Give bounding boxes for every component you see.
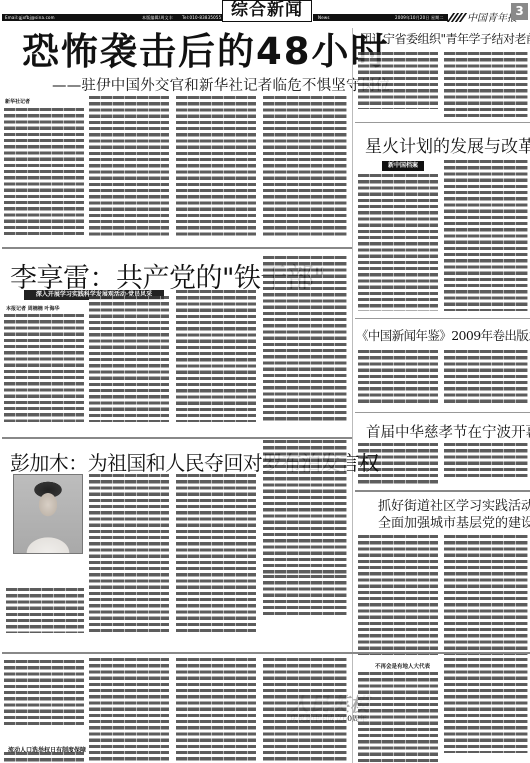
rule bbox=[355, 490, 530, 492]
xinghuo-text-col-1 bbox=[358, 174, 438, 311]
rule bbox=[2, 437, 352, 439]
rule bbox=[2, 247, 352, 249]
section-english: News bbox=[318, 14, 330, 21]
lead-text-col-4 bbox=[263, 96, 347, 236]
yearbook-text-col-1 bbox=[358, 350, 438, 405]
li-text-col-3 bbox=[176, 290, 256, 422]
lead-text-col-1 bbox=[4, 108, 84, 236]
rule bbox=[2, 652, 530, 654]
section-title: 综合新闻 bbox=[222, 0, 312, 22]
li-text-col-2 bbox=[89, 296, 169, 422]
paper-logo: 中国青年报 bbox=[467, 9, 517, 24]
liaoning-text-col-1 bbox=[358, 52, 438, 109]
masthead-email: Email:gjxfbj@sina.com bbox=[5, 14, 55, 21]
rule bbox=[355, 318, 530, 319]
lead-byline: 新华社记者 bbox=[5, 98, 30, 105]
yearbook-text-col-2 bbox=[444, 350, 528, 405]
renda-text-col-1b bbox=[4, 752, 84, 763]
lead-headline: 恐怖袭击后的48小时 bbox=[22, 32, 390, 72]
yearbook-headline: 《中国新闻年鉴》2009年卷出版发行 bbox=[356, 326, 530, 344]
peng-text-col-3 bbox=[263, 440, 347, 575]
liaoning-text-col-2 bbox=[444, 52, 528, 117]
cixiao-text-col-2 bbox=[444, 443, 528, 480]
renda-text-col-1 bbox=[4, 660, 84, 728]
lead-text-col-2 bbox=[89, 96, 169, 236]
li-text-col-4 bbox=[263, 256, 347, 422]
renda-text-col-5 bbox=[358, 672, 438, 763]
renda-text-col-4 bbox=[263, 658, 347, 763]
page-number: 3 bbox=[511, 3, 528, 20]
xinghuo-headline: 星火计划的发展与改革 bbox=[365, 132, 530, 157]
peng-text-col-3b bbox=[263, 575, 347, 615]
renda-text-col-6 bbox=[444, 658, 528, 753]
liaoning-headline: 团辽宁省委组织"青年学子结对老前辈" bbox=[360, 30, 530, 47]
rule bbox=[355, 122, 530, 123]
xinghuo-kicker: 新中国档案 bbox=[382, 161, 424, 171]
li-text-col-1 bbox=[4, 314, 84, 422]
masthead-editor: 本版编辑/周文丰 bbox=[142, 14, 173, 21]
cixiao-headline: 首届中华慈孝节在宁波开幕 bbox=[366, 421, 530, 442]
rule bbox=[355, 412, 530, 413]
jiedao-headline-line2: 全面加强城市基层党的建设 bbox=[378, 512, 530, 531]
lead-text-col-3 bbox=[176, 96, 256, 236]
xinghuo-text-col-2 bbox=[444, 160, 528, 311]
lead-subheadline: ——驻伊中国外交官和新华社记者临危不惧坚守岗位 bbox=[52, 74, 390, 95]
renda-text-col-2 bbox=[89, 658, 169, 763]
peng-text-col-1 bbox=[89, 474, 169, 634]
peng-text-col-2 bbox=[176, 474, 256, 634]
peng-caption-text bbox=[6, 588, 84, 633]
renda-subheading: 不再会是有地人大代表 bbox=[375, 662, 430, 670]
li-byline: 本报记者 周楠楠 叶海华 bbox=[6, 305, 59, 312]
jiedao-text-col-1 bbox=[358, 535, 438, 655]
portrait-photo bbox=[13, 474, 83, 554]
jiedao-text-col-2 bbox=[444, 535, 528, 655]
renda-text-col-3 bbox=[176, 658, 256, 763]
masthead-tel: Tel:010-83835055 bbox=[182, 14, 221, 21]
issue-date: 2009年10月20日 星期二 bbox=[395, 14, 444, 21]
